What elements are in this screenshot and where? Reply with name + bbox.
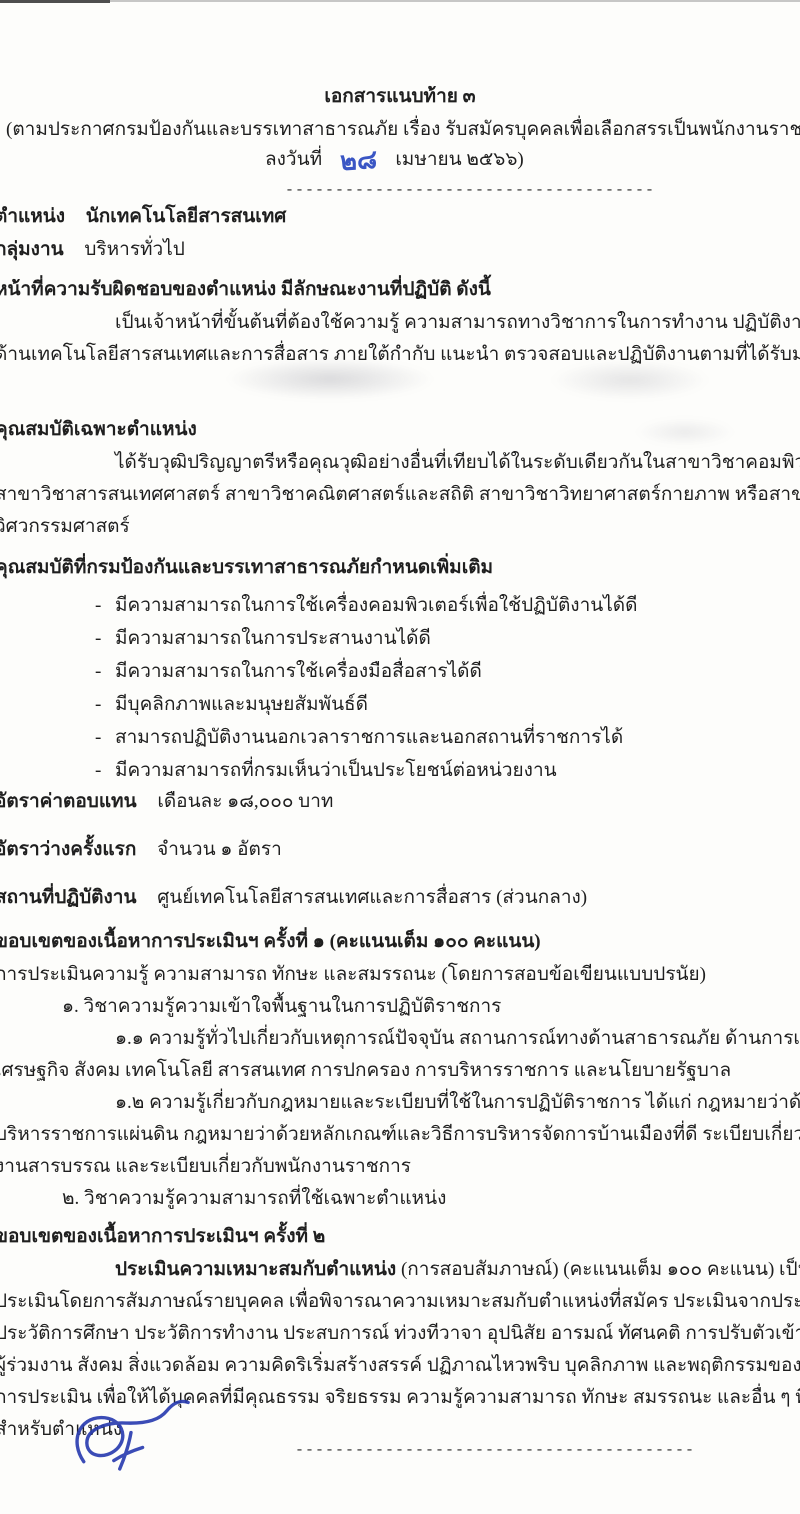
eval2-lead-rest: (การสอบสัมภาษณ์) (คะแนนเต็ม ๑๐๐ คะแนน) เ…	[396, 1259, 800, 1280]
dash-bullet: -	[95, 760, 115, 782]
salary-value: เดือนละ ๑๘,๐๐๐ บาท	[157, 791, 333, 812]
bleed-through-mark	[635, 418, 735, 446]
workplace-label: สถานที่ปฏิบัติงาน	[0, 887, 136, 908]
eval1-subitem: บริหารราชการแผ่นดิน กฎหมายว่าด้วยหลักเกณ…	[0, 1123, 800, 1147]
list-item: -มีความสามารถในการประสานงานได้ดี	[95, 623, 431, 653]
scanned-document-page: เอกสารแนบท้าย ๓ (ตามประกาศกรมป้องกันและบ…	[0, 0, 800, 1514]
list-item: -มีบุคลิกภาพและมนุษยสัมพันธ์ดี	[95, 689, 368, 719]
eval2-heading: ขอบเขตของเนื้อหาการประเมินฯ ครั้งที่ ๒	[0, 1225, 325, 1249]
list-item-text: มีความสามารถในการประสานงานได้ดี	[115, 628, 431, 649]
eval1-item: ๑. วิชาความรู้ความเข้าใจพื้นฐานในการปฏิบ…	[62, 995, 501, 1019]
eval1-intro: การประเมินความรู้ ความสามารถ ทักษะ และสม…	[0, 963, 706, 987]
list-item: -มีความสามารถในการใช้เครื่องคอมพิวเตอร์เ…	[95, 590, 637, 620]
qualifications-heading: คุณสมบัติเฉพาะตำแหน่ง	[0, 418, 197, 442]
eval1-subitem: ๑.๒ ความรู้เกี่ยวกับกฎหมายและระเบียบที่ใ…	[115, 1091, 800, 1115]
date-prefix: ลงวันที่	[265, 148, 322, 172]
date-line: ลงวันที่ ๒๘ เมษายน ๒๕๖๖)	[265, 148, 524, 172]
document-subtitle: (ตามประกาศกรมป้องกันและบรรเทาสาธารณภัย เ…	[6, 118, 800, 142]
document-title: เอกสารแนบท้าย ๓	[0, 85, 800, 109]
top-divider: -------------------------------------	[285, 182, 655, 201]
eval2-line: ประเมินโดยการสัมภาษณ์รายบุคคล เพื่อพิจาร…	[0, 1290, 800, 1314]
position-line: ตำแหน่ง นักเทคโนโลยีสารสนเทศ	[0, 205, 286, 229]
list-item-text: มีความสามารถในการใช้เครื่องมือสื่อสารได้…	[115, 661, 482, 682]
vacancy-label: อัตราว่างครั้งแรก	[0, 839, 136, 860]
position-value: นักเทคโนโลยีสารสนเทศ	[86, 206, 287, 227]
position-label: ตำแหน่ง	[0, 206, 65, 227]
eval2-lead: ประเมินความเหมาะสมกับตำแหน่ง (การสอบสัมภ…	[115, 1258, 800, 1282]
qualifications-line: วิศวกรรมศาสตร์	[0, 515, 130, 539]
date-suffix: เมษายน ๒๕๖๖)	[395, 148, 523, 172]
list-item: -มีความสามารถที่กรมเห็นว่าเป็นประโยชน์ต่…	[95, 755, 557, 785]
qualifications-line: สาขาวิชาสารสนเทศศาสตร์ สาขาวิชาคณิตศาสตร…	[0, 483, 800, 507]
list-item-text: มีความสามารถในการใช้เครื่องคอมพิวเตอร์เพ…	[115, 595, 637, 616]
duties-line: เป็นเจ้าหน้าที่ขั้นต้นที่ต้องใช้ความรู้ …	[115, 311, 800, 335]
duties-line: ด้านเทคโนโลยีสารสนเทศและการสื่อสาร ภายใต…	[0, 343, 800, 367]
bottom-divider: ----------------------------------------	[295, 1442, 695, 1461]
dash-bullet: -	[95, 628, 115, 650]
qualifications-line: ได้รับวุฒิปริญญาตรีหรือคุณวุฒิอย่างอื่นท…	[115, 451, 800, 475]
eval1-subitem: เศรษฐกิจ สังคม เทคโนโลยี สารสนเทศ การปกค…	[0, 1059, 731, 1083]
scan-edge-artifact	[110, 0, 800, 2]
dash-bullet: -	[95, 661, 115, 683]
dash-bullet: -	[95, 595, 115, 617]
eval1-heading: ขอบเขตของเนื้อหาการประเมินฯ ครั้งที่ ๑ (…	[0, 930, 541, 954]
group-line: กลุ่มงาน บริหารทั่วไป	[0, 238, 185, 262]
eval2-lead-bold: ประเมินความเหมาะสมกับตำแหน่ง	[115, 1259, 396, 1280]
signature-scribble	[57, 1384, 217, 1499]
salary-label: อัตราค่าตอบแทน	[0, 791, 137, 812]
eval1-subitem: งานสารบรรณ และระเบียบเกี่ยวกับพนักงานราช…	[0, 1155, 411, 1179]
workplace-value: ศูนย์เทคโนโลยีสารสนเทศและการสื่อสาร (ส่ว…	[157, 887, 587, 908]
duties-heading: หน้าที่ความรับผิดชอบของตำแหน่ง มีลักษณะง…	[0, 278, 491, 302]
salary-line: อัตราค่าตอบแทน เดือนละ ๑๘,๐๐๐ บาท	[0, 790, 333, 814]
handwritten-date-day: ๒๘	[340, 150, 377, 173]
workplace-line: สถานที่ปฏิบัติงาน ศูนย์เทคโนโลยีสารสนเทศ…	[0, 886, 587, 910]
vacancy-line: อัตราว่างครั้งแรก จำนวน ๑ อัตรา	[0, 838, 282, 862]
list-item-text: สามารถปฏิบัติงานนอกเวลาราชการและนอกสถานท…	[115, 727, 623, 748]
eval2-line: ผู้ร่วมงาน สังคม สิ่งแวดล้อม ความคิดริเร…	[0, 1354, 800, 1378]
list-item: -มีความสามารถในการใช้เครื่องมือสื่อสารได…	[95, 656, 482, 686]
scan-edge-artifact	[0, 0, 110, 3]
eval2-line: ประวัติการศึกษา ประวัติการทำงาน ประสบการ…	[0, 1322, 800, 1346]
list-item-text: มีบุคลิกภาพและมนุษยสัมพันธ์ดี	[115, 694, 368, 715]
vacancy-value: จำนวน ๑ อัตรา	[157, 839, 282, 860]
list-item: -สามารถปฏิบัติงานนอกเวลาราชการและนอกสถาน…	[95, 722, 623, 752]
eval1-item: ๒. วิชาความรู้ความสามารถที่ใช้เฉพาะตำแหน…	[62, 1187, 446, 1211]
dash-bullet: -	[95, 694, 115, 716]
dash-bullet: -	[95, 727, 115, 749]
eval1-subitem: ๑.๑ ความรู้ทั่วไปเกี่ยวกับเหตุการณ์ปัจจุ…	[115, 1027, 800, 1051]
list-item-text: มีความสามารถที่กรมเห็นว่าเป็นประโยชน์ต่อ…	[115, 760, 557, 781]
group-label: กลุ่มงาน	[0, 239, 64, 260]
additional-heading: คุณสมบัติที่กรมป้องกันและบรรเทาสาธารณภัย…	[0, 556, 493, 580]
group-value: บริหารทั่วไป	[84, 239, 184, 260]
